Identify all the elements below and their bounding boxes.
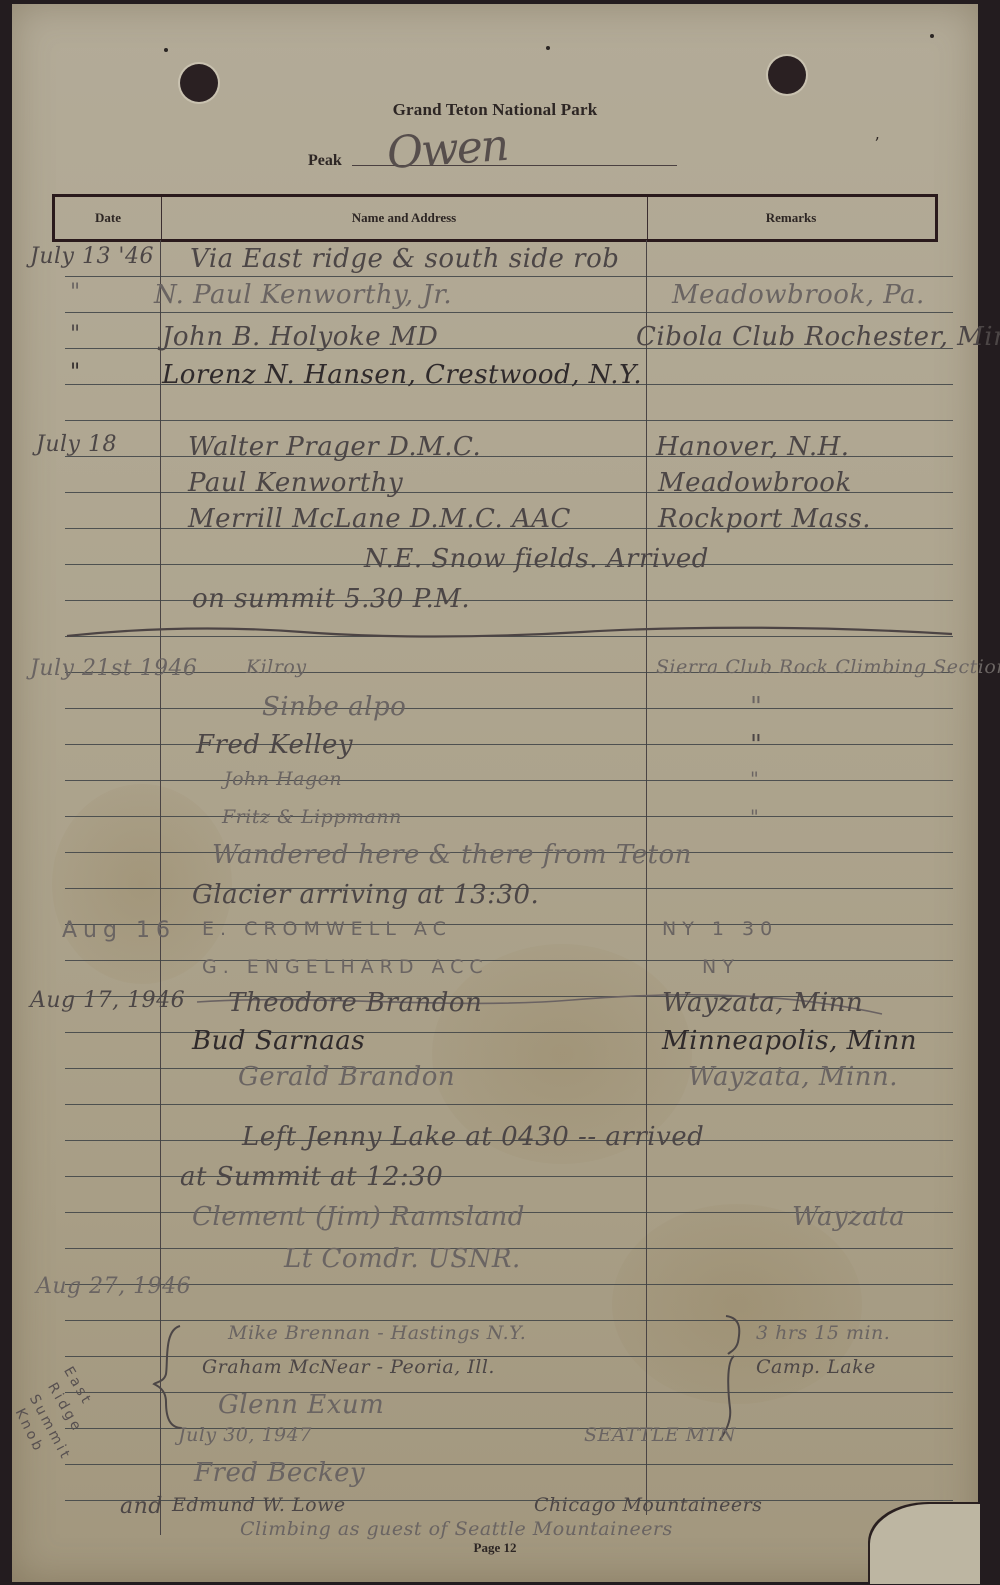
entry-name: Glenn Exum: [218, 1390, 384, 1420]
corner-mark: ʼ: [874, 134, 879, 153]
column-header-name: Name and Address: [161, 197, 647, 239]
entry-remarks: Meadowbrook, Pa.: [672, 280, 925, 310]
ruled-line: [65, 1104, 953, 1105]
entry-remarks: Rockport Mass.: [658, 504, 871, 534]
ruled-line: [65, 1392, 953, 1393]
entry-name: Gerald Brandon: [238, 1062, 455, 1092]
entry-name: Theodore Brandon: [228, 988, 482, 1018]
remarks-column-rule: [646, 240, 647, 1515]
ruled-line: [65, 960, 953, 961]
entry-name: Sinbe alpo: [262, 692, 406, 722]
entry-name: on summit 5.30 P.M.: [192, 584, 470, 614]
ruled-line: [65, 924, 953, 925]
entry-name: Fred Kelley: [196, 730, 353, 760]
entry-remarks: Cibola Club Rochester, Minn.: [636, 322, 1000, 352]
right-brace: [718, 1312, 758, 1442]
entry-name: Paul Kenworthy: [188, 468, 403, 498]
entry-remarks: Hanover, N.H.: [656, 432, 850, 462]
ruled-line: [65, 420, 953, 421]
entry-remarks: Chicago Mountaineers: [534, 1494, 762, 1516]
entry-remarks: ": [750, 692, 762, 722]
entry-remarks: ": [750, 730, 762, 760]
entry-remarks: ": [750, 806, 759, 828]
column-header-date: Date: [55, 197, 161, 239]
entry-name: Kilroy: [246, 656, 307, 678]
entry-date: and: [120, 1494, 163, 1519]
entry-name: Glacier arriving at 13:30.: [192, 880, 539, 910]
pin-dot: [164, 48, 168, 52]
ruled-line: [65, 312, 953, 313]
entry-name: John B. Holyoke MD: [162, 322, 438, 352]
entry-name: Fred Beckey: [194, 1458, 365, 1488]
separator-squiggle: [62, 624, 962, 644]
pin-dot: [546, 46, 550, 50]
entry-name: Via East ridge & south side rob: [190, 244, 619, 274]
entry-name: E. CROMWELL AC: [202, 918, 452, 940]
entry-name: Mike Brennan - Hastings N.Y.: [228, 1322, 526, 1344]
park-title: Grand Teton National Park: [12, 100, 978, 120]
entry-date: July 21st 1946: [30, 656, 198, 681]
entry-name: Fritz & Lippmann: [222, 806, 402, 828]
entry-name: Graham McNear - Peoria, Ill.: [202, 1356, 495, 1378]
entry-name: July 30, 1947: [178, 1424, 312, 1446]
ruled-line: [65, 780, 953, 781]
entry-date: July 18: [36, 432, 117, 457]
peak-label: Peak: [308, 152, 342, 170]
entry-remarks: ": [750, 768, 759, 790]
left-brace: [150, 1322, 190, 1432]
entry-name: N. Paul Kenworthy, Jr.: [154, 280, 452, 310]
entry-date: ": [70, 322, 81, 347]
entry-name: Clement (Jim) Ramsland: [192, 1202, 525, 1232]
punch-hole: [180, 64, 218, 102]
entry-remarks: SEATTLE MTN: [584, 1424, 736, 1446]
entry-name: John Hagen: [224, 768, 342, 790]
ruled-line: [65, 276, 953, 277]
entry-date: ": [70, 360, 81, 385]
entry-remarks: NY: [702, 956, 740, 978]
ruled-line: [65, 708, 953, 709]
entry-date: Aug 27, 1946: [36, 1274, 191, 1299]
pin-dot: [930, 34, 934, 38]
entry-name: Lorenz N. Hansen, Crestwood, N.Y.: [162, 360, 642, 390]
entry-remarks: Minneapolis, Minn: [662, 1026, 917, 1056]
register-page: Grand Teton National Park Peak Owen ʼ Da…: [12, 4, 978, 1582]
entry-name: G. ENGELHARD ACC: [202, 956, 489, 978]
entry-name: Lt Comdr. USNR.: [284, 1244, 521, 1274]
entry-remarks: 3 hrs 15 min.: [756, 1322, 890, 1344]
entry-date: Aug 17, 1946: [30, 988, 185, 1013]
entry-date: ": [70, 280, 81, 305]
entry-name: Edmund W. Lowe: [172, 1494, 346, 1516]
entry-remarks: Wayzata: [792, 1202, 905, 1232]
entry-name: Wandered here & there from Teton: [212, 840, 692, 870]
entry-name: Left Jenny Lake at 0430 -- arrived: [242, 1122, 704, 1152]
entry-name: Merrill McLane D.M.C. AAC: [188, 504, 571, 534]
entry-remarks: NY 1 30: [662, 918, 778, 940]
ruled-line: [65, 1284, 953, 1285]
entry-name: Walter Prager D.M.C.: [188, 432, 481, 462]
entry-date: July 13 '46: [30, 244, 154, 269]
entry-name: Climbing as guest of Seattle Mountaineer…: [240, 1518, 673, 1540]
entry-remarks: Wayzata, Minn: [662, 988, 863, 1018]
peak-name-handwritten: Owen: [385, 120, 508, 179]
page-number: Page 12: [12, 1540, 978, 1556]
entry-remarks: Wayzata, Minn.: [688, 1062, 898, 1092]
column-header-box: Date Name and Address Remarks: [52, 194, 938, 242]
entry-name: Bud Sarnaas: [192, 1026, 365, 1056]
entry-remarks: Meadowbrook: [658, 468, 852, 498]
entry-date: Aug 16: [62, 918, 176, 943]
entry-remarks: Camp. Lake: [756, 1356, 876, 1378]
punch-hole: [768, 56, 806, 94]
column-header-remarks: Remarks: [647, 197, 935, 239]
entry-remarks: Sierra Club Rock Climbing Section: [656, 656, 1000, 678]
ruled-line: [65, 1320, 953, 1321]
ruled-line: [65, 816, 953, 817]
entry-name: N.E. Snow fields. Arrived: [364, 544, 709, 574]
entry-name: at Summit at 12:30: [180, 1162, 443, 1192]
